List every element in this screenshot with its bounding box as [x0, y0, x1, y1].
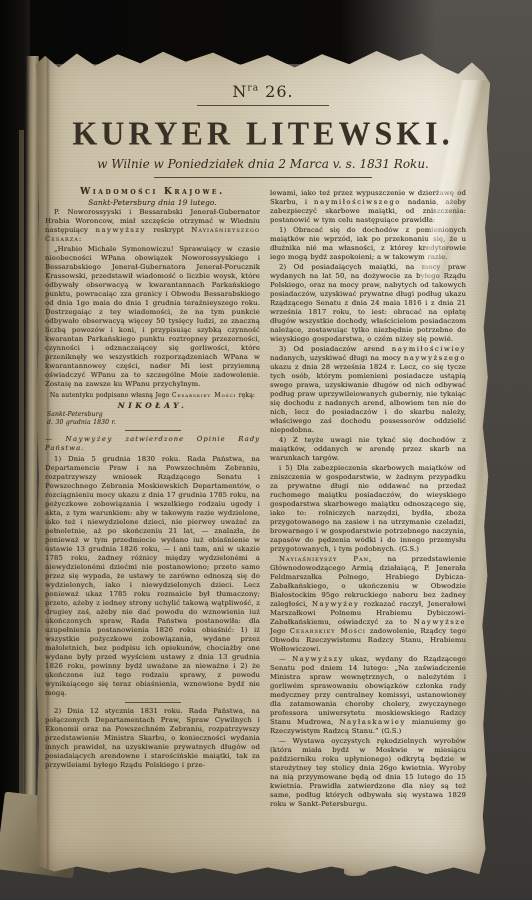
paragraph: 2) Dnia 12 stycznia 1831 roku. Rada Pańs… — [45, 707, 260, 770]
newspaper-sheet: Nra 26. KURYER LITEWSKI. w Wilnie w Poni… — [36, 46, 490, 874]
signature-attribution: Na autentyku podpisano własną Jego Cesar… — [45, 391, 260, 400]
section-heading-opinie: — Naywyżey zatwierdzone Opinie Rady Pańs… — [45, 435, 260, 453]
masthead: Nra 26. KURYER LITEWSKI. w Wilnie w Poni… — [36, 82, 490, 178]
imperial-signature: NIKOŁAY. — [45, 401, 260, 410]
issue-number: Nra 26. — [36, 82, 490, 101]
left-column: Wiadomości Krajowe.Sankt-Petersburg dnia… — [45, 188, 260, 809]
paragraph: lewami, iako też przez wypuszczenie w dz… — [270, 189, 466, 225]
paragraph: Nayiaśnieyszy Pan, na przedstawienie Głó… — [270, 555, 466, 654]
issue-value: 26. — [265, 82, 293, 101]
section-heading-wiadomosci-krajowe: Wiadomości Krajowe. — [45, 188, 260, 197]
paragraph: 2) Od posiadaiących maiątki, na mocy pra… — [270, 263, 466, 344]
paragraph: 1) Dnia 5 grudnia 1830 roku. Rada Państw… — [45, 455, 260, 698]
masthead-dateline: w Wilnie w Poniedziałek dnia 2 Marca v. … — [36, 157, 490, 171]
scanned-newspaper-page: Nra 26. KURYER LITEWSKI. w Wilnie w Poni… — [0, 0, 532, 900]
paragraph: „Hrabio Michale Symonowiczu! Sprawuiący … — [45, 245, 260, 389]
divider-rule — [125, 702, 181, 703]
adjacent-page-edge — [22, 56, 39, 872]
issue-superscript: ra — [247, 84, 259, 94]
divider-rule — [125, 430, 181, 431]
issue-prefix: N — [232, 82, 247, 101]
paragraph: i 5) Dla zabezpieczenia skarbowych maiąt… — [270, 464, 466, 554]
article-columns: Wiadomości Krajowe.Sankt-Petersburg dnia… — [36, 178, 490, 809]
masthead-rule-bottom — [154, 177, 372, 178]
paragraph: 4) Z teyże uwagi nie tykać się dochodów … — [270, 436, 466, 463]
paragraph: — Wystawa oyczystych rękodzielnych wyrob… — [270, 737, 466, 809]
paragraph: 3) Od posiadaczów arend naymiłościwiey n… — [270, 345, 466, 435]
paragraph: — Naywyższy ukaz, wydany do Rządzącego S… — [270, 655, 466, 736]
paragraph: P. Noworossyyski i Bessarabski Jenerał-G… — [45, 208, 260, 244]
signature-placedate: Sankt-Petersburg d. 30 grudnia 1830 r. — [47, 411, 260, 426]
paragraph: 1) Obracać się do dochodów z pomienionyc… — [270, 226, 466, 262]
right-column: lewami, iako też przez wypuszczenie w dz… — [270, 188, 466, 809]
article-dateline: Sankt-Petersburg dnia 19 lutego. — [45, 198, 260, 207]
masthead-rule-top — [197, 105, 329, 106]
adjacent-page-edge — [19, 130, 24, 820]
newspaper-title: KURYER LITEWSKI. — [36, 114, 490, 153]
